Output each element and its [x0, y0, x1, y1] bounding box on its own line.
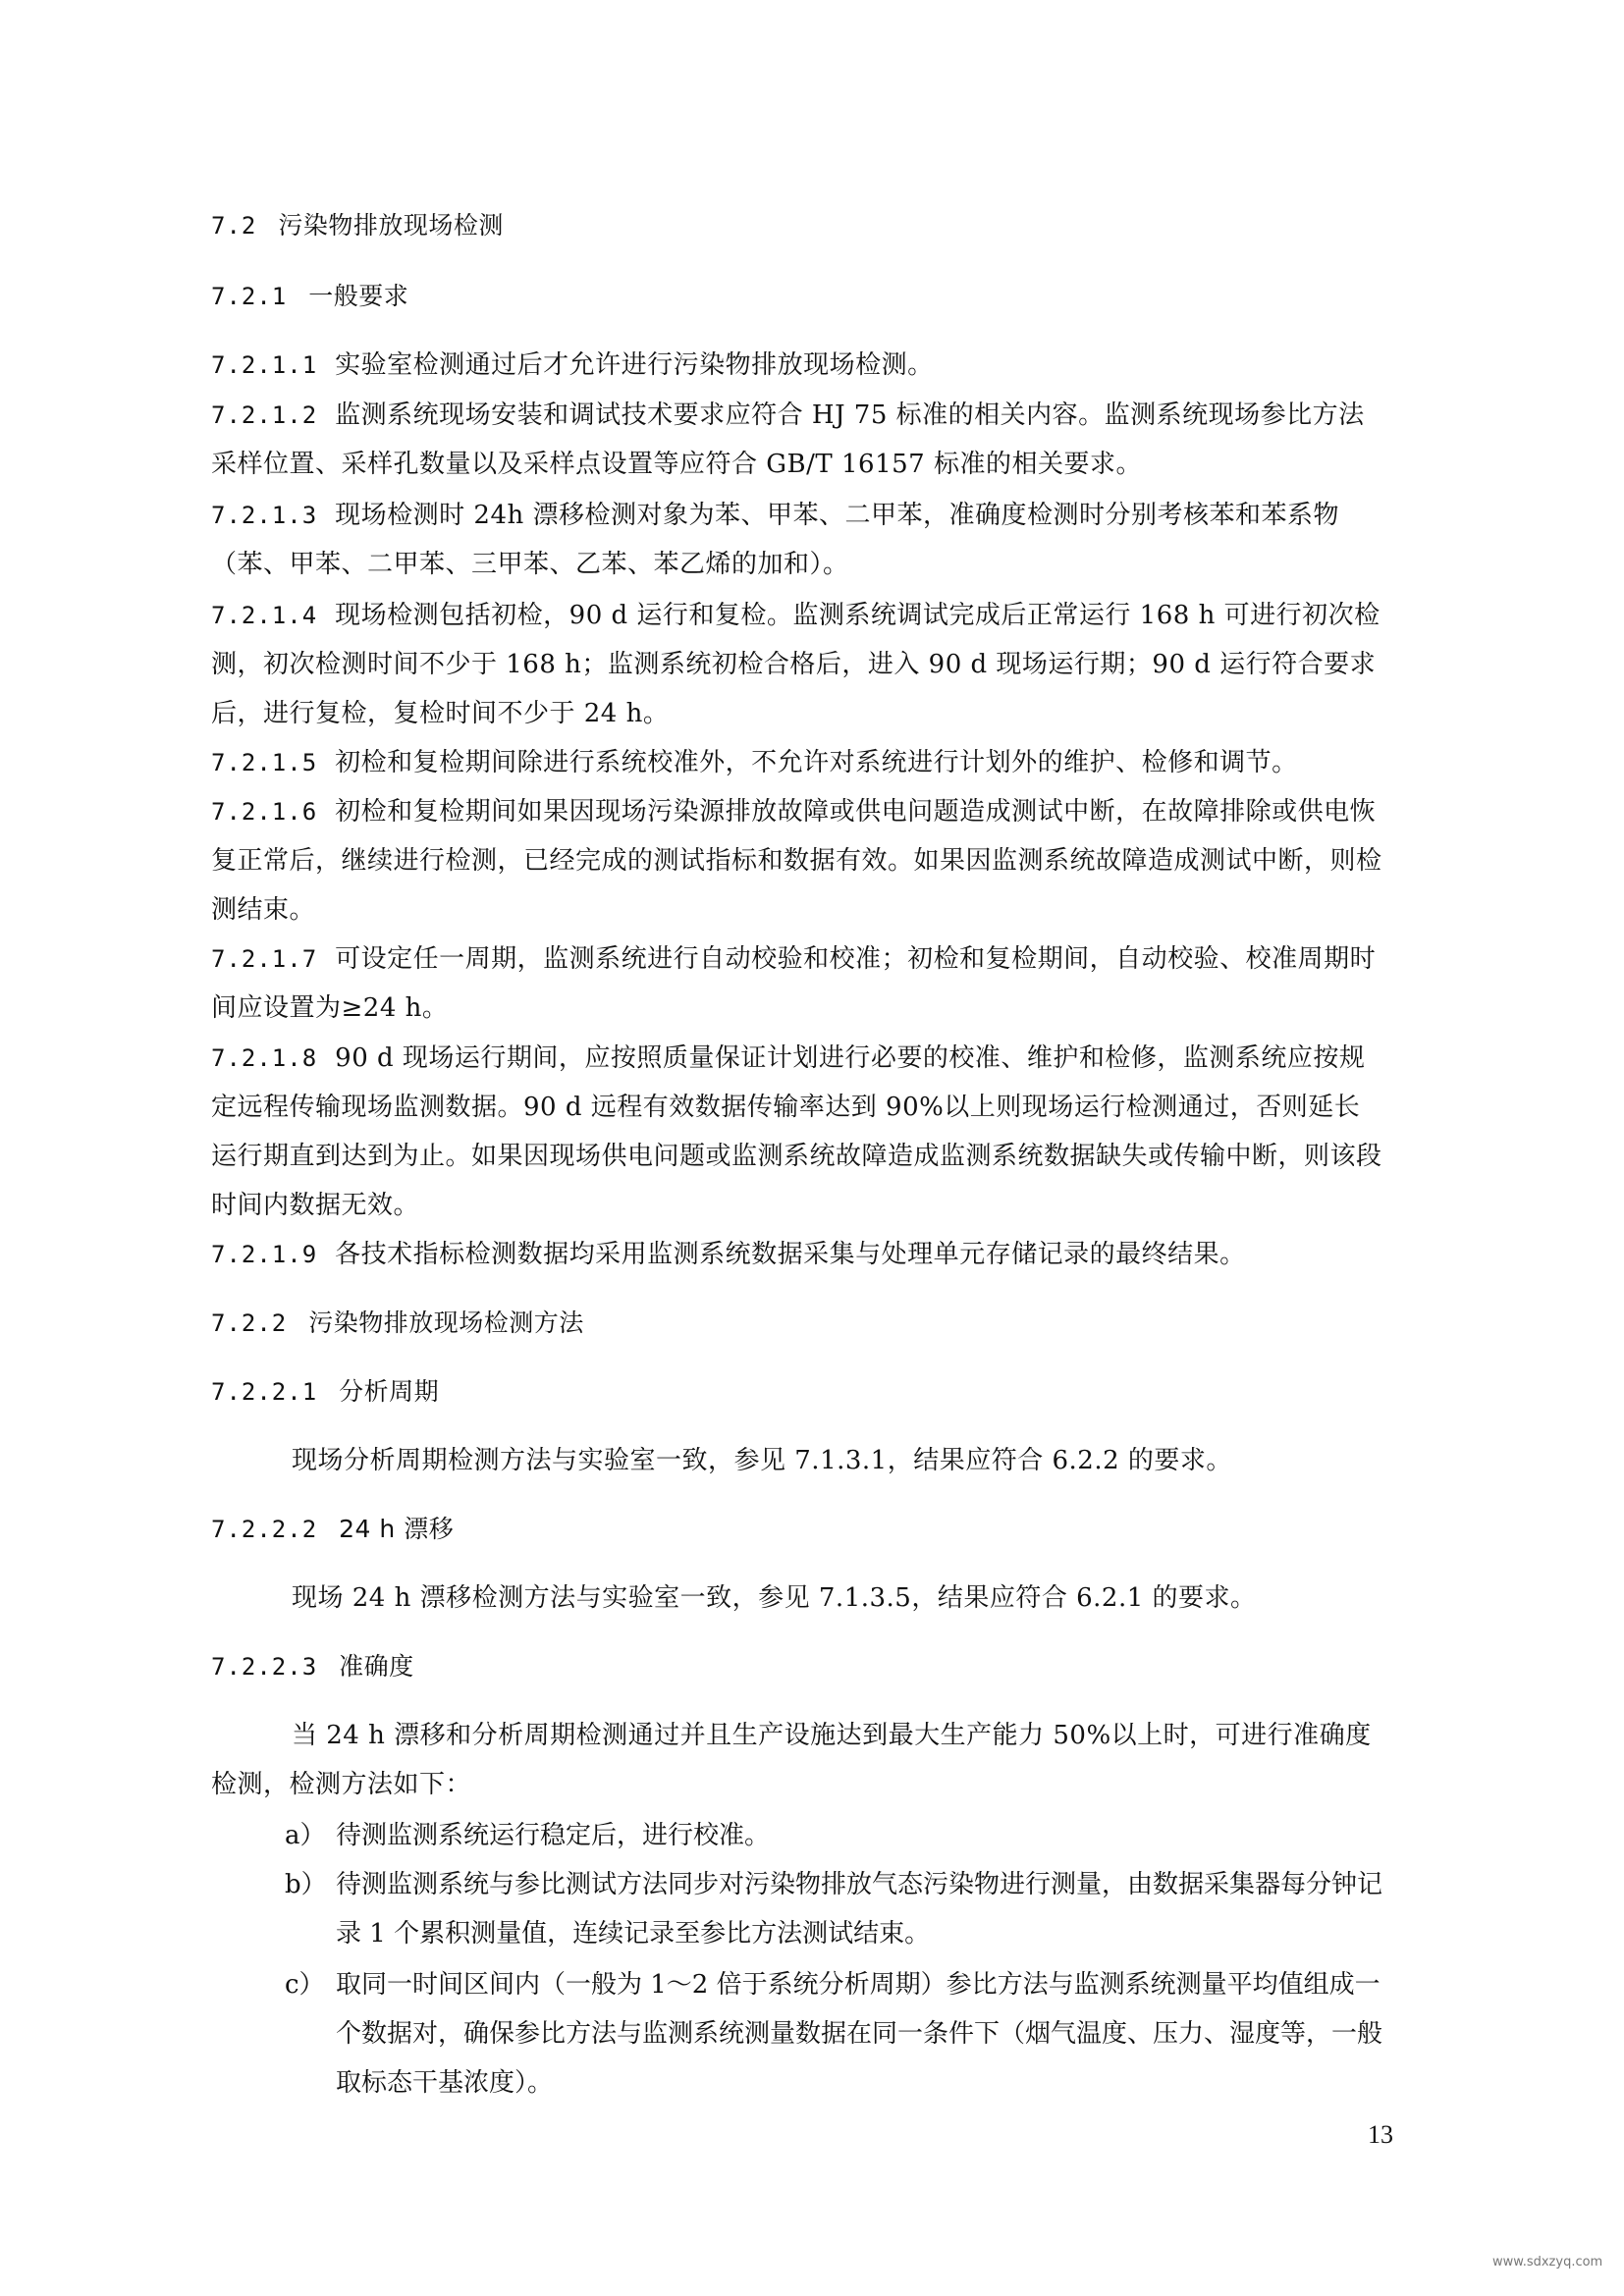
clause-text: 监测系统现场安装和调试技术要求应符合 HJ 75 标准的相关内容。监测系统现场参… — [211, 400, 1365, 479]
subsection-title: 污染物排放现场检测方法 — [308, 1308, 584, 1337]
method-number: 7.2.2.2 — [211, 1516, 317, 1543]
document-page: 7.2污染物排放现场检测 7.2.1一般要求 7.2.1.1实验室检测通过后才允… — [0, 0, 1624, 2296]
method-title: 分析周期 — [339, 1377, 439, 1406]
method-number: 7.2.2.3 — [211, 1653, 317, 1681]
clause-number: 7.2.1.8 — [211, 1044, 317, 1072]
clause: 7.2.1.4现场检测包括初检，90 d 运行和复检。监测系统调试完成后正常运行… — [211, 591, 1384, 738]
step-item: b） 待测监测系统与参比测试方法同步对污染物排放气态污染物进行测量，由数据采集器… — [285, 1860, 1384, 1958]
clause-text: 初检和复检期间除进行系统校准外，不允许对系统进行计划外的维护、检修和调节。 — [335, 748, 1298, 777]
clause-number: 7.2.1.4 — [211, 602, 317, 629]
clause-number: 7.2.1.7 — [211, 945, 317, 973]
clause: 7.2.1.7可设定任一周期，监测系统进行自动校验和校准；初检和复检期间，自动校… — [211, 934, 1384, 1033]
method-number: 7.2.2.1 — [211, 1378, 317, 1406]
section-heading: 7.2污染物排放现场检测 — [211, 201, 1384, 250]
clause-number: 7.2.1.9 — [211, 1241, 317, 1268]
clause-text: 各技术指标检测数据均采用监测系统数据采集与处理单元存储记录的最终结果。 — [335, 1240, 1246, 1269]
method-heading: 7.2.2.224 h 漂移 — [211, 1505, 1384, 1554]
clause-text: 现场检测时 24h 漂移检测对象为苯、甲苯、二甲苯，准确度检测时分别考核苯和苯系… — [211, 501, 1339, 579]
section-number: 7.2 — [211, 212, 256, 240]
method-title: 准确度 — [339, 1652, 414, 1681]
clause: 7.2.1.5初检和复检期间除进行系统校准外，不允许对系统进行计划外的维护、检修… — [211, 738, 1384, 787]
section-title: 污染物排放现场检测 — [278, 211, 504, 240]
page-number: 13 — [1368, 2120, 1393, 2150]
step-label: a） — [285, 1811, 326, 1860]
clause: 7.2.1.2监测系统现场安装和调试技术要求应符合 HJ 75 标准的相关内容。… — [211, 391, 1384, 489]
clause-text: 初检和复检期间如果因现场污染源排放故障或供电问题造成测试中断，在故障排除或供电恢… — [211, 797, 1382, 925]
step-text: 待测监测系统运行稳定后，进行校准。 — [285, 1811, 1384, 1860]
clause-text: 90 d 现场运行期间，应按照质量保证计划进行必要的校准、维护和检修，监测系统应… — [211, 1043, 1382, 1220]
clause: 7.2.1.1实验室检测通过后才允许进行污染物排放现场检测。 — [211, 341, 1384, 390]
method-heading: 7.2.2.1分析周期 — [211, 1367, 1384, 1416]
clause-text: 现场检测包括初检，90 d 运行和复检。监测系统调试完成后正常运行 168 h … — [211, 601, 1380, 728]
clause-text: 实验室检测通过后才允许进行污染物排放现场检测。 — [335, 350, 934, 380]
method-body: 当 24 h 漂移和分析周期检测通过并且生产设施达到最大生产能力 50%以上时，… — [211, 1711, 1384, 1809]
clause: 7.2.1.6初检和复检期间如果因现场污染源排放故障或供电问题造成测试中断，在故… — [211, 787, 1384, 934]
clause: 7.2.1.9各技术指标检测数据均采用监测系统数据采集与处理单元存储记录的最终结… — [211, 1230, 1384, 1279]
step-label: c） — [285, 1960, 325, 2009]
subsection-number: 7.2.2 — [211, 1309, 287, 1337]
subsection-number: 7.2.1 — [211, 283, 287, 310]
method-body: 现场 24 h 漂移检测方法与实验室一致，参见 7.1.3.5，结果应符合 6.… — [211, 1574, 1384, 1623]
step-item: a） 待测监测系统运行稳定后，进行校准。 — [285, 1811, 1384, 1860]
step-text: 取同一时间区间内（一般为 1～2 倍于系统分析周期）参比方法与监测系统测量平均值… — [285, 1960, 1384, 2108]
clause-number: 7.2.1.5 — [211, 749, 317, 776]
clause-number: 7.2.1.3 — [211, 502, 317, 529]
clause: 7.2.1.3现场检测时 24h 漂移检测对象为苯、甲苯、二甲苯，准确度检测时分… — [211, 491, 1384, 589]
step-item: c） 取同一时间区间内（一般为 1～2 倍于系统分析周期）参比方法与监测系统测量… — [285, 1960, 1384, 2108]
clause-number: 7.2.1.1 — [211, 351, 317, 379]
watermark: www.sdxzyq.com — [1492, 2255, 1602, 2269]
clause: 7.2.1.890 d 现场运行期间，应按照质量保证计划进行必要的校准、维护和检… — [211, 1034, 1384, 1230]
subsection-heading: 7.2.1一般要求 — [211, 272, 1384, 321]
method-title: 24 h 漂移 — [339, 1515, 454, 1543]
subsection-heading: 7.2.2污染物排放现场检测方法 — [211, 1299, 1384, 1348]
step-text: 待测监测系统与参比测试方法同步对污染物排放气态污染物进行测量，由数据采集器每分钟… — [285, 1860, 1384, 1958]
method-heading: 7.2.2.3准确度 — [211, 1642, 1384, 1691]
clause-number: 7.2.1.2 — [211, 401, 317, 429]
clause-text: 可设定任一周期，监测系统进行自动校验和校准；初检和复检期间，自动校验、校准周期时… — [211, 944, 1376, 1023]
clause-number: 7.2.1.6 — [211, 798, 317, 826]
step-label: b） — [285, 1860, 327, 1909]
method-body: 现场分析周期检测方法与实验室一致，参见 7.1.3.1，结果应符合 6.2.2 … — [211, 1436, 1384, 1485]
subsection-title: 一般要求 — [308, 282, 408, 310]
